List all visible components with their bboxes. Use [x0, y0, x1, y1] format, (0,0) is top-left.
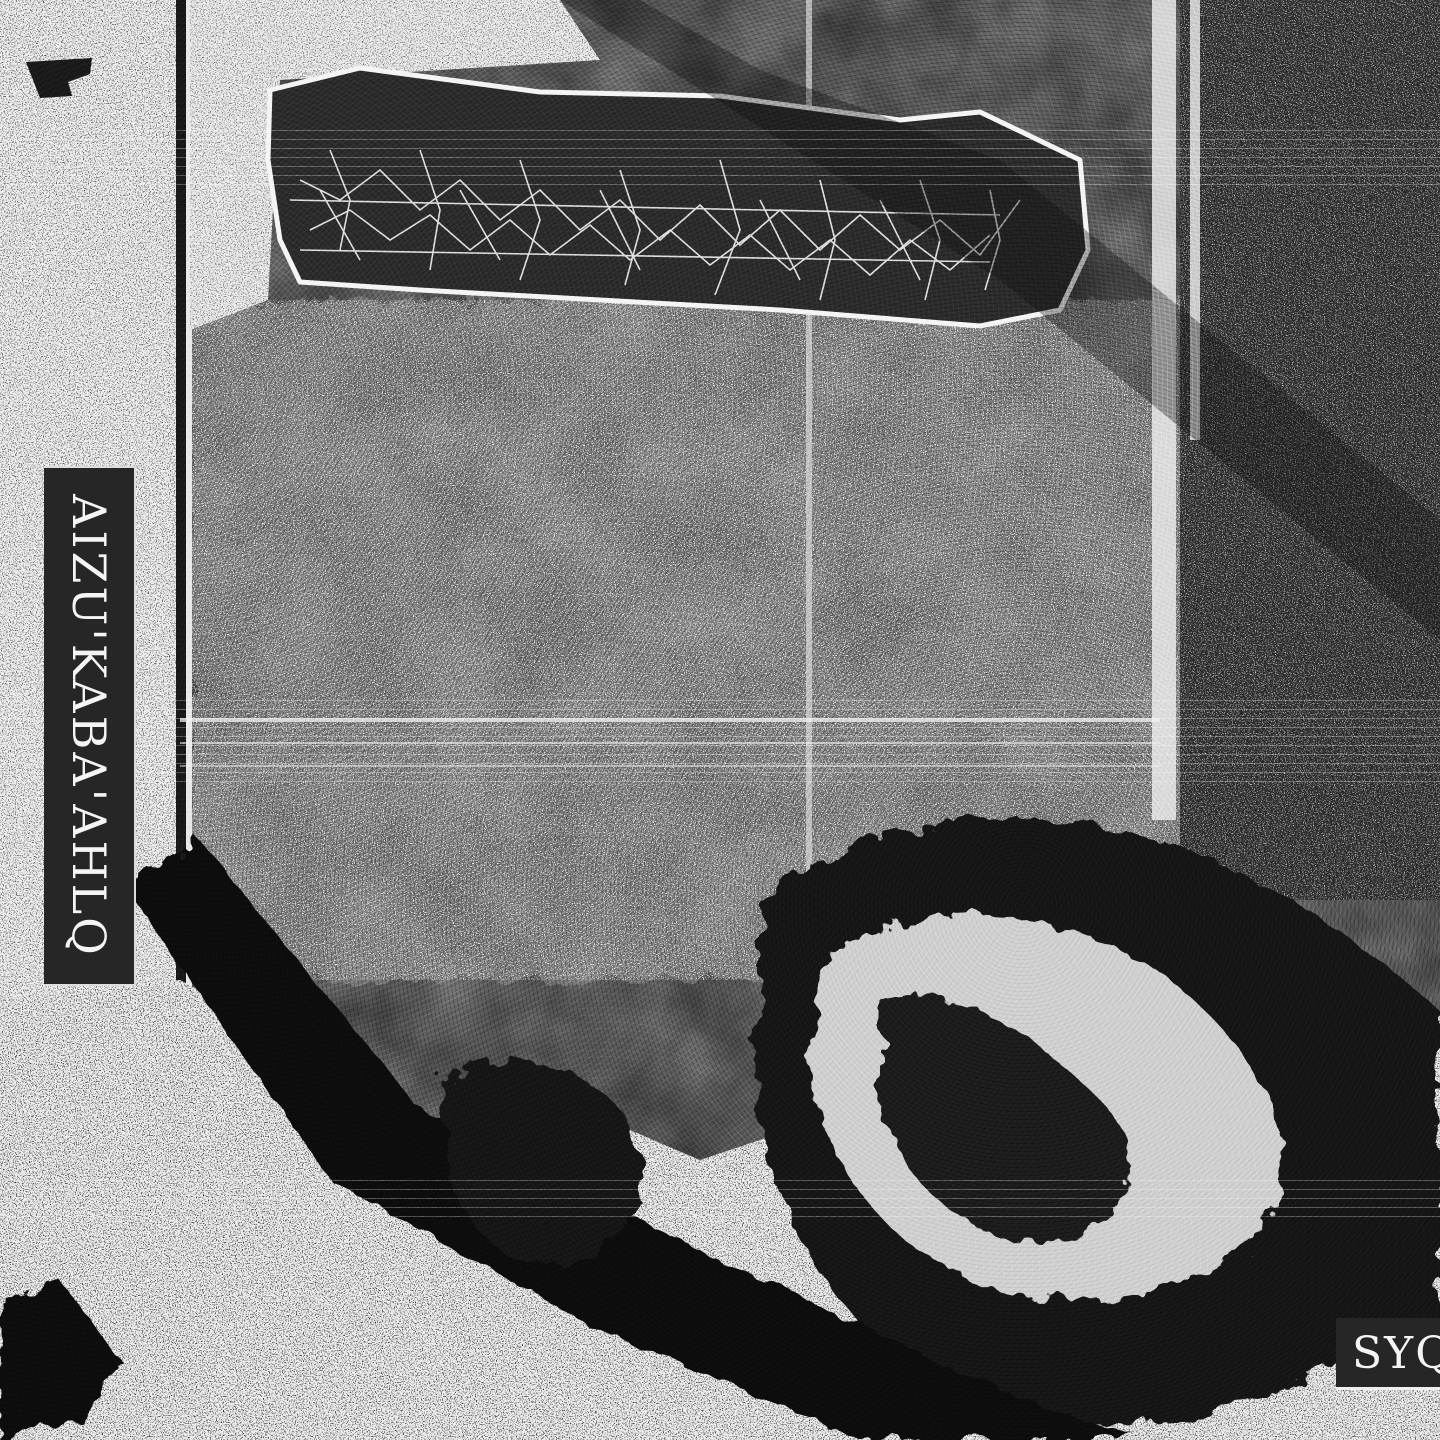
collage-scene [0, 0, 1440, 1440]
artist-title-label: AIZU'KABA'AHLQ [44, 466, 136, 986]
album-artwork: AIZU'KABA'AHLQ SYQ [0, 0, 1440, 1440]
corner-label-text: SYQ [1352, 1328, 1440, 1379]
artist-title-text: AIZU'KABA'AHLQ [62, 494, 116, 958]
corner-label: SYQ [1336, 1318, 1440, 1390]
